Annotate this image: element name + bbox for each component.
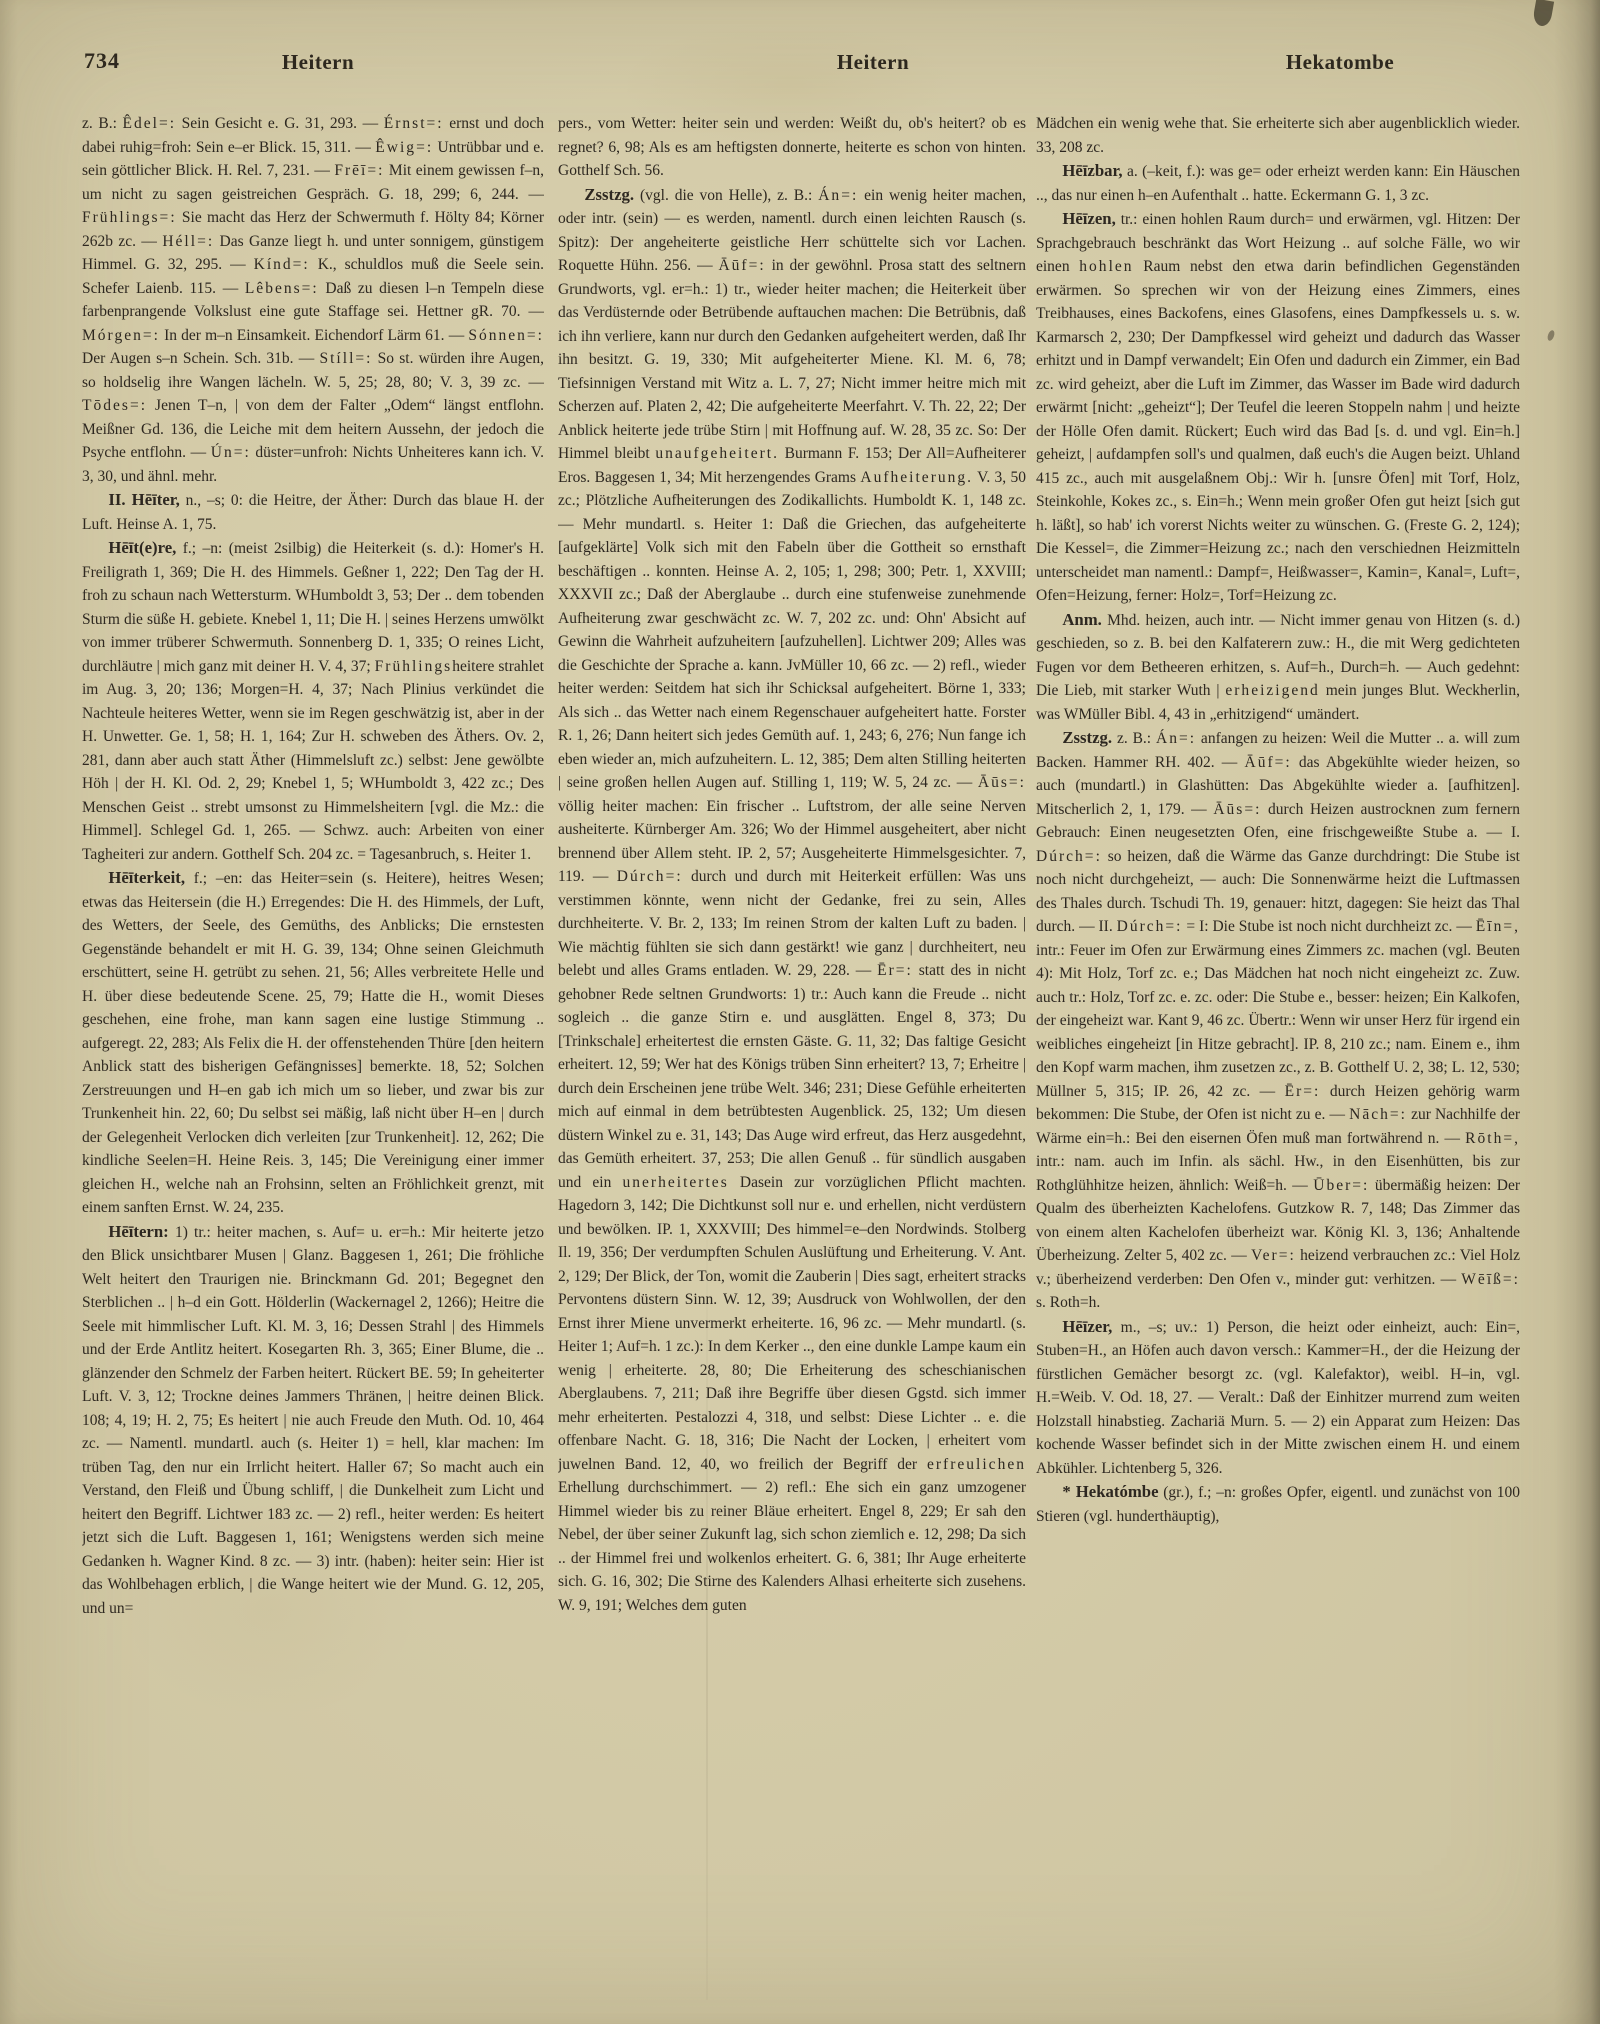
body-text: f.; –en: das Heiter=sein (s. Heitere), h…	[82, 870, 544, 1216]
body-text: f.; –n: (meist 2silbig) die Heiterkeit (…	[82, 540, 544, 675]
body-text: m., –s; uv.: 1) Person, die heizt oder e…	[1036, 1319, 1520, 1477]
continuation-paragraph: z. B.: Êdel=: Sein Gesicht e. G. 31, 293…	[82, 112, 544, 488]
headword: Hēīzer,	[1062, 1317, 1112, 1336]
scan-artifact-fleck	[1546, 329, 1555, 341]
headword: Hēīzen,	[1062, 209, 1115, 228]
body-text: intr.: Feuer im Ofen zur Erwärmung eines…	[1036, 942, 1520, 1100]
headword: * Hekatómbe	[1062, 1482, 1158, 1501]
page-number: 734	[84, 48, 120, 74]
compound-headword: Dúrch=:	[1036, 848, 1102, 865]
text-column-3: Mädchen ein wenig wehe that. Sie erheite…	[1036, 112, 1520, 2008]
body-text: z. B.:	[82, 115, 123, 132]
entry-paragraph: Hēīzer, m., –s; uv.: 1) Person, die heiz…	[1036, 1315, 1520, 1481]
body-text: V. 3, 50 zc.; Plötzliche Aufheiterungen …	[558, 469, 1026, 792]
body-text: pers., vom Wetter: heiter sein und werde…	[558, 115, 1026, 179]
compound-headword: Frühlings	[375, 658, 453, 675]
entry-paragraph: Hēīzbar, a. (–keit, f.): was ge= oder er…	[1036, 159, 1520, 207]
compound-headword: Ēr=:	[1285, 1083, 1321, 1100]
compound-headword: Héll=:	[162, 233, 214, 250]
compound-headword: unerheitertes	[623, 1174, 729, 1191]
body-text: Erhellung durchschimmert. — 2) refl.: Eh…	[558, 1479, 1026, 1614]
compound-headword: Án=:	[818, 187, 858, 204]
dictionary-page: 734 Heitern Heitern Hekatombe z. B.: Êde…	[0, 0, 1600, 2024]
compound-headword: Êwig=:	[375, 139, 433, 156]
compound-headword: unaufgeheitert.	[655, 445, 779, 462]
body-text: = I: Die Stube ist noch nicht durchheizt…	[1183, 918, 1476, 935]
body-text: Dasein zur vorzüglichen Pflicht machten.…	[558, 1174, 1026, 1473]
body-text: Mädchen ein wenig wehe that. Sie erheite…	[1036, 115, 1520, 156]
compound-headword: Kínd=:	[254, 256, 310, 273]
compound-headword: Āūs=:	[978, 774, 1026, 791]
page-edge-shadow-right	[1554, 0, 1600, 2024]
headword: Anm.	[1062, 610, 1102, 629]
compound-headword: Aufheiterung.	[860, 469, 973, 486]
headword: Hēīzbar,	[1062, 161, 1122, 180]
body-text: Sein Gesicht e. G. 31, 293. —	[176, 115, 384, 132]
compound-headword: Êdel=:	[123, 115, 177, 132]
body-text: z. B.:	[1112, 730, 1156, 747]
entry-paragraph: II. Hēīter, n., –s; 0: die Heitre, der Ä…	[82, 488, 544, 536]
entry-paragraph: * Hekatómbe (gr.), f.; –n: großes Opfer,…	[1036, 1480, 1520, 1528]
page-edge-shadow-left	[0, 0, 18, 2024]
running-head-right: Hekatombe	[1286, 50, 1394, 75]
compound-headword: Ver=:	[1251, 1247, 1296, 1264]
compound-headword: Stíll=:	[319, 350, 372, 367]
body-text: statt des in nicht gehobner Rede seltnen…	[558, 962, 1026, 1191]
compound-headword: Tōdes=:	[82, 397, 147, 414]
headword: II. Hēīter,	[108, 490, 180, 509]
compound-headword: Wēīß=:	[1461, 1271, 1520, 1288]
compound-headword: Án=:	[1156, 730, 1196, 747]
compound-headword: erfreulichen	[927, 1456, 1026, 1473]
headword: Hēīt(e)re,	[108, 538, 176, 557]
body-text: heitere strahlet im Aug. 3, 20; 136; Mor…	[82, 658, 544, 863]
headword: Hēīterkeit,	[108, 868, 185, 887]
running-head-center: Heitern	[837, 50, 909, 75]
compound-headword: Frēī=:	[334, 162, 384, 179]
compound-headword: Frühlings=:	[82, 209, 177, 226]
compound-headword: Érnst=:	[384, 115, 444, 132]
compound-headword: erheizigend	[1225, 682, 1319, 699]
headword: Zsstzg.	[1062, 728, 1112, 747]
compound-headword: Ún=:	[211, 444, 251, 461]
compound-headword: Dúrch=:	[617, 868, 683, 885]
text-column-1: z. B.: Êdel=: Sein Gesicht e. G. 31, 293…	[82, 112, 544, 2008]
entry-paragraph: Hēīzen, tr.: einen hohlen Raum durch= un…	[1036, 207, 1520, 608]
continuation-paragraph: Mädchen ein wenig wehe that. Sie erheite…	[1036, 112, 1520, 159]
compound-headword: Āūf=:	[718, 257, 765, 274]
continuation-paragraph: pers., vom Wetter: heiter sein und werde…	[558, 112, 1026, 183]
body-text: Der Augen s–n Schein. Sch. 31b. —	[82, 350, 319, 367]
running-head-left: Heitern	[282, 50, 354, 75]
entry-paragraph: Hēīt(e)re, f.; –n: (meist 2silbig) die H…	[82, 536, 544, 866]
compound-headword: Dúrch=:	[1117, 918, 1183, 935]
entry-paragraph: Hēītern: 1) tr.: heiter machen, s. Auf= …	[82, 1220, 544, 1621]
scan-artifact-mark	[1532, 0, 1554, 27]
compound-headword: Ēr=:	[877, 962, 913, 979]
body-text: s. Roth=h.	[1036, 1294, 1100, 1311]
entry-paragraph: Zsstzg. (vgl. die von Helle), z. B.: Án=…	[558, 183, 1026, 1618]
body-text: in der gewöhnl. Prosa statt des seltnern…	[558, 257, 1026, 462]
entry-paragraph: Hēīterkeit, f.; –en: das Heiter=sein (s.…	[82, 866, 544, 1220]
body-text: 1) tr.: heiter machen, s. Auf= u. er=h.:…	[82, 1224, 544, 1617]
compound-headword: Rōth=,	[1465, 1130, 1520, 1147]
body-text: (vgl. die von Helle), z. B.:	[634, 187, 818, 204]
compound-headword: Āūs=:	[1213, 801, 1261, 818]
entry-paragraph: Anm. Mhd. heizen, auch intr. — Nicht imm…	[1036, 608, 1520, 727]
compound-headword: Ēīn=,	[1476, 918, 1520, 935]
text-column-2: pers., vom Wetter: heiter sein und werde…	[558, 112, 1026, 2008]
body-text: Raum nebst den etwa darin befindlichen G…	[1036, 258, 1520, 604]
headword: Zsstzg.	[584, 185, 634, 204]
compound-headword: Lêbens=:	[245, 280, 319, 297]
body-text: In der m–n Einsamkeit. Eichendorf Lärm 6…	[160, 327, 468, 344]
compound-headword: Sónnen=:	[468, 327, 544, 344]
compound-headword: hohlen	[1079, 258, 1133, 275]
compound-headword: Ūber=:	[1313, 1177, 1369, 1194]
entry-paragraph: Zsstzg. z. B.: Án=: anfangen zu heizen: …	[1036, 726, 1520, 1315]
headword: Hēītern:	[108, 1222, 168, 1241]
compound-headword: Nāch=:	[1349, 1106, 1407, 1123]
compound-headword: Mórgen=:	[82, 327, 160, 344]
compound-headword: Āūf=:	[1244, 754, 1291, 771]
